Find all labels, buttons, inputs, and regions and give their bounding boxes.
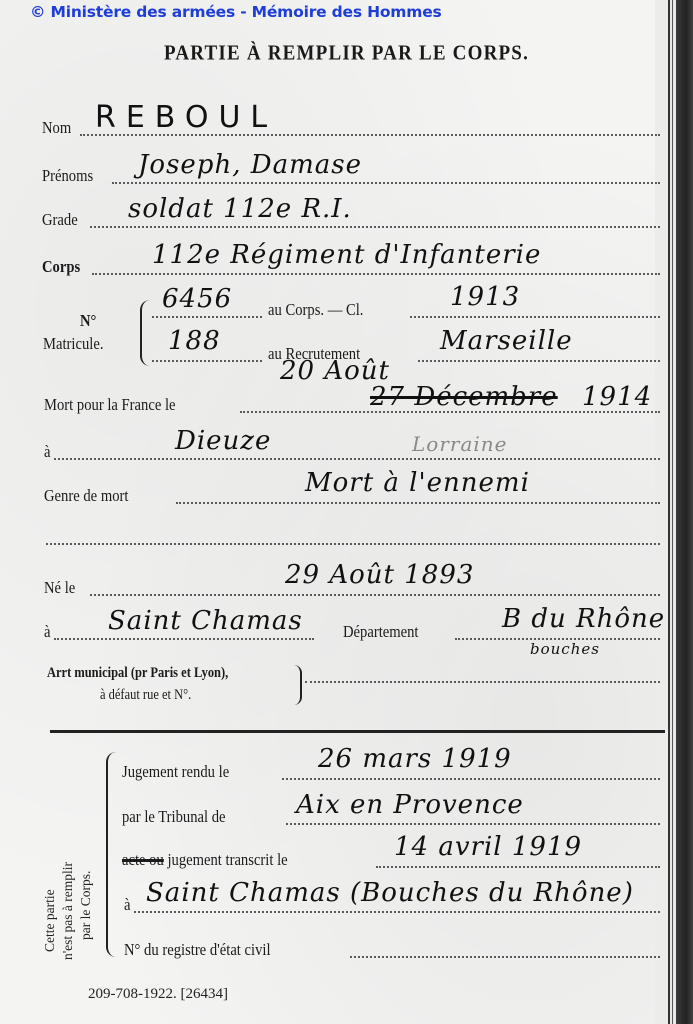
side-note-line1: Cette partie	[42, 889, 58, 952]
page-margin	[655, 0, 668, 1024]
matricule-label: Matricule.	[43, 334, 103, 354]
prenoms-label: Prénoms	[42, 166, 93, 186]
mort-label: Mort pour la France le	[44, 395, 176, 415]
arrondissement-sublabel: à défaut rue et N°.	[100, 687, 191, 704]
ne-le-value: 29 Août 1893	[285, 560, 474, 590]
side-note-line3: par le Corps.	[78, 871, 94, 940]
registre-line	[350, 956, 660, 958]
nom-label: Nom	[42, 118, 71, 138]
matricule-brace	[140, 300, 150, 366]
lieu-naissance-line	[54, 638, 314, 640]
jugement-lieu-line	[134, 911, 660, 913]
ne-le-label: Né le	[44, 578, 75, 598]
side-note-line2: n'est pas à remplir	[60, 862, 76, 960]
grade-value: soldat 112e R.I.	[128, 194, 352, 224]
recrutement-value: Marseille	[440, 326, 573, 356]
transcrit-label: jugement transcrit le	[167, 850, 287, 869]
grade-label: Grade	[42, 210, 78, 230]
jugement-rendu-line	[282, 778, 660, 780]
corps-value: 112e Régiment d'Infanterie	[152, 240, 541, 270]
tribunal-value: Aix en Provence	[296, 790, 524, 820]
matricule-recrutement-line	[152, 360, 262, 362]
copyright-watermark: © Ministère des armées - Mémoire des Hom…	[30, 3, 442, 21]
genre-de-mort-line	[176, 502, 660, 504]
recrutement-line	[418, 360, 660, 362]
form-title: PARTIE À REMPLIR PAR LE CORPS.	[0, 42, 693, 66]
prenoms-line	[112, 182, 660, 184]
nom-value: REBOUL	[95, 100, 277, 135]
prenoms-value: Joseph, Damase	[138, 150, 362, 180]
lieu-deces-value: Dieuze	[175, 426, 271, 456]
registre-label: N° du registre d'état civil	[124, 940, 271, 960]
lieu-deces-label: à	[44, 442, 50, 462]
transcrit-line	[376, 866, 660, 868]
matricule-recrutement-number: 188	[168, 326, 221, 356]
matricule-corps-line	[152, 316, 262, 318]
jugement-rendu-value: 26 mars 1919	[318, 744, 512, 774]
arrondissement-line	[305, 681, 660, 683]
matricule-corps-number: 6456	[162, 284, 232, 314]
classe-line	[410, 316, 660, 318]
death-year: 1914	[582, 382, 652, 412]
arrondissement-brace	[294, 665, 302, 705]
death-date-struck: 27 Décembre	[370, 382, 558, 412]
binding-edge	[676, 0, 693, 1024]
transcrit-value: 14 avril 1919	[394, 832, 582, 862]
jugement-lieu-label: à	[124, 895, 130, 915]
matricule-label-no: N°	[80, 311, 96, 331]
section-divider	[50, 730, 665, 733]
tribunal-line	[286, 823, 660, 825]
tribunal-label: par le Tribunal de	[122, 807, 226, 827]
genre-de-mort-value: Mort à l'ennemi	[305, 468, 530, 498]
classe-value: 1913	[450, 282, 520, 312]
departement-label: Département	[343, 622, 419, 642]
jugement-brace	[106, 752, 116, 957]
departement-note: bouches	[530, 640, 600, 658]
corps-line	[92, 273, 660, 275]
grade-line	[90, 226, 660, 228]
lieu-naissance-label: à	[44, 622, 50, 642]
jugement-lieu-value: Saint Chamas (Bouches du Rhône)	[146, 878, 634, 908]
ne-le-line	[90, 594, 660, 596]
transcrit-struck: acte ou	[122, 850, 164, 869]
lieu-deces-note: Lorraine	[412, 432, 507, 456]
print-reference: 209-708-1922. [26434]	[88, 986, 228, 1003]
departement-value: B du Rhône	[502, 604, 665, 634]
au-corps-label: au Corps. — Cl.	[268, 300, 363, 320]
genre-de-mort-label: Genre de mort	[44, 486, 128, 506]
arrondissement-label: Arrt municipal (pr Paris et Lyon),	[47, 665, 228, 682]
lieu-deces-line	[54, 458, 660, 460]
border-line	[668, 0, 670, 1024]
corps-label: Corps	[42, 257, 80, 277]
border-line	[672, 0, 673, 1024]
blank-line	[46, 543, 660, 545]
lieu-naissance-value: Saint Chamas	[108, 606, 303, 636]
side-note: Cette partie n'est pas à remplir par le …	[38, 770, 108, 950]
transcrit-label-wrap: acte ou jugement transcrit le	[122, 850, 288, 870]
jugement-rendu-label: Jugement rendu le	[122, 762, 229, 782]
